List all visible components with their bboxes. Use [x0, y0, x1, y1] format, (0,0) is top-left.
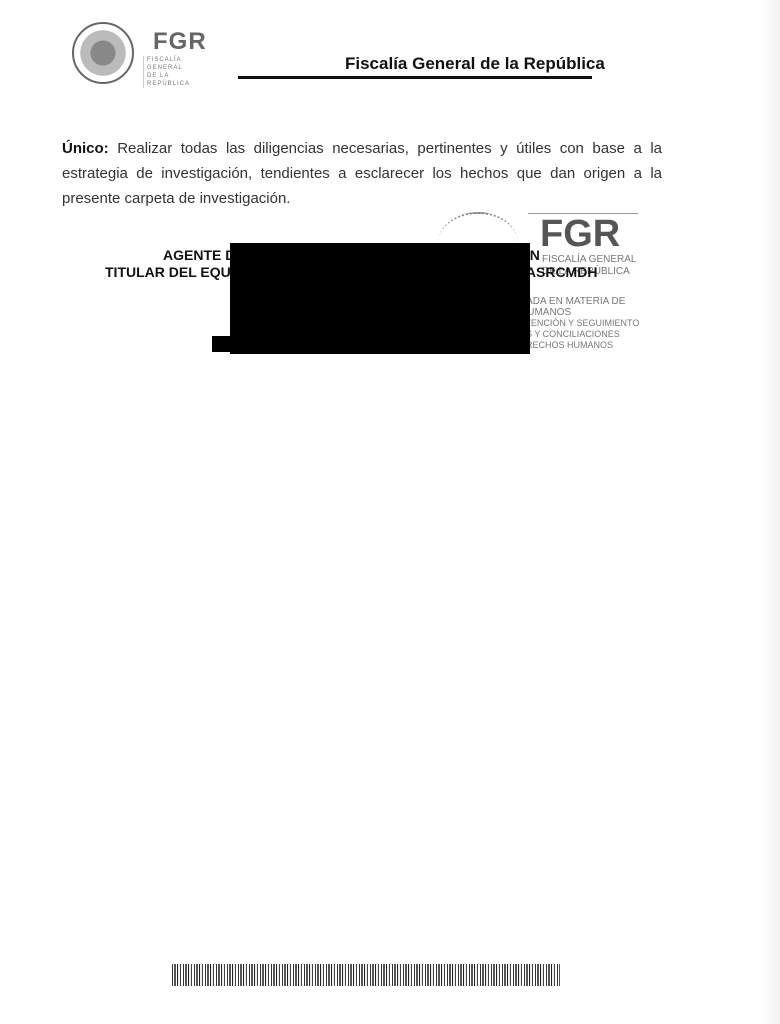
signature-title-line-1: AGENTE D	[163, 247, 235, 263]
redaction-block-small	[212, 336, 242, 352]
redaction-block	[230, 243, 530, 354]
header-title: Fiscalía General de la República	[345, 54, 605, 74]
logo-subtitle-1: FISCALÍA GENERAL	[143, 56, 213, 72]
stamp-line: ERECHOS HUMANOS	[520, 340, 639, 351]
stamp-logo-text: FGR	[528, 214, 638, 254]
paragraph-text: Realizar todas las diligencias necesaria…	[62, 140, 662, 207]
signature-title-line-2: TITULAR DEL EQU	[105, 264, 231, 280]
national-seal-icon	[72, 22, 134, 84]
paragraph-label: Único:	[62, 140, 109, 157]
stamp-text: ZADA EN MATERIA DE HUMANOS ATENCIÓN Y SE…	[520, 296, 639, 351]
stamp-line: ES Y CONCILIACIONES	[520, 329, 639, 340]
logo-subtitle-2: DE LA REPÚBLICA	[143, 72, 213, 88]
header-rule	[238, 76, 592, 79]
logo-text: FGR	[143, 28, 213, 56]
stamp-line: ZADA EN MATERIA DE	[520, 296, 639, 307]
stamp-line: ATENCIÓN Y SEGUIMIENTO	[520, 318, 639, 329]
fgr-logo: FGR FISCALÍA GENERAL DE LA REPÚBLICA	[143, 28, 213, 88]
barcode	[172, 964, 560, 986]
page-edge-shadow	[762, 0, 780, 1024]
resolution-paragraph: Único: Realizar todas las diligencias ne…	[62, 136, 662, 211]
stamp-line: HUMANOS	[520, 307, 639, 318]
